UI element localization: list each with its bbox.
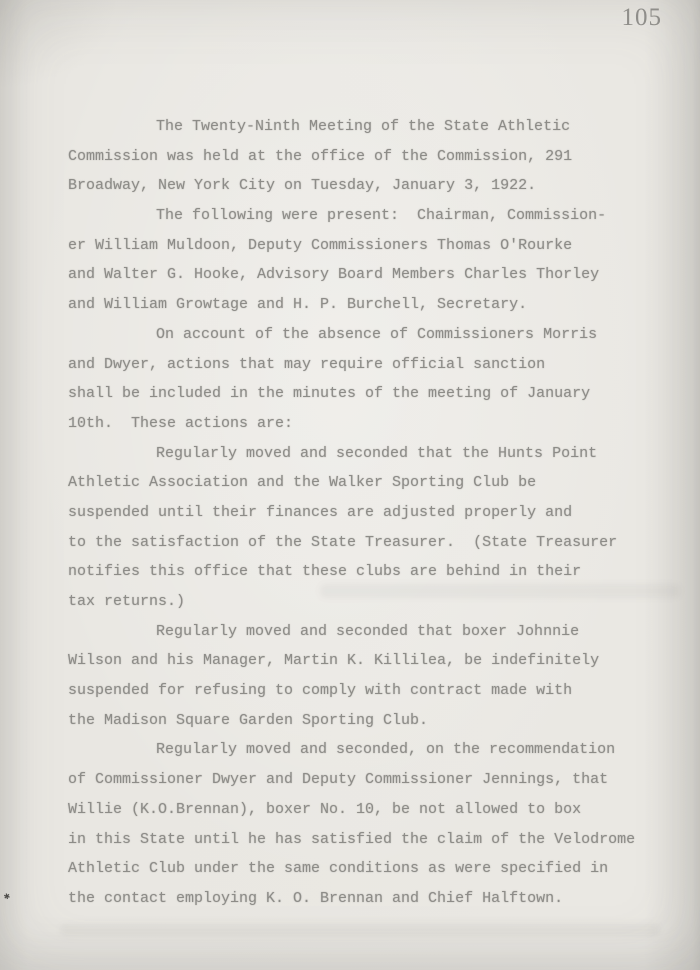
paragraph-boxer-suspension: Regularly moved and seconded that boxer … [68, 617, 668, 736]
text-line: Athletic Club under the same conditions … [68, 854, 668, 884]
paragraph-attendees: The following were present: Chairman, Co… [68, 201, 668, 320]
document-page: 105 The Twenty-Ninth Meeting of the Stat… [0, 0, 700, 970]
paper-shade-corner [0, 0, 120, 90]
margin-pen-mark: ✱ [3, 891, 11, 904]
text-line: Willie (K.O.Brennan), boxer No. 10, be n… [68, 795, 668, 825]
text-line: and William Growtage and H. P. Burchell,… [68, 290, 668, 320]
text-line: of Commissioner Dwyer and Deputy Commiss… [68, 765, 668, 795]
text-line: Regularly moved and seconded that boxer … [68, 617, 668, 647]
text-line: Wilson and his Manager, Martin K. Killil… [68, 646, 668, 676]
paragraph-meeting-header: The Twenty-Ninth Meeting of the State At… [68, 112, 668, 201]
paragraph-absence-note: On account of the absence of Commissione… [68, 320, 668, 439]
text-line: notifies this office that these clubs ar… [68, 557, 668, 587]
text-line: suspended until their finances are adjus… [68, 498, 668, 528]
text-line: suspended for refusing to comply with co… [68, 676, 668, 706]
text-line: the Madison Square Garden Sporting Club. [68, 706, 668, 736]
text-line: the contact employing K. O. Brennan and … [68, 884, 668, 914]
paper-shade-band [60, 924, 660, 936]
text-line: Athletic Association and the Walker Spor… [68, 468, 668, 498]
text-line: Broadway, New York City on Tuesday, Janu… [68, 171, 668, 201]
text-line: tax returns.) [68, 587, 668, 617]
text-line: On account of the absence of Commissione… [68, 320, 668, 350]
text-line: The Twenty-Ninth Meeting of the State At… [68, 112, 668, 142]
text-line: shall be included in the minutes of the … [68, 379, 668, 409]
paragraph-brennan-ruling: Regularly moved and seconded, on the rec… [68, 735, 668, 913]
paragraph-clubs-suspension: Regularly moved and seconded that the Hu… [68, 439, 668, 617]
text-line: Regularly moved and seconded that the Hu… [68, 439, 668, 469]
text-line: and Walter G. Hooke, Advisory Board Memb… [68, 260, 668, 290]
text-block: The Twenty-Ninth Meeting of the State At… [68, 112, 668, 914]
text-line: The following were present: Chairman, Co… [68, 201, 668, 231]
text-line: in this State until he has satisfied the… [68, 825, 668, 855]
text-line: 10th. These actions are: [68, 409, 668, 439]
text-line: Regularly moved and seconded, on the rec… [68, 735, 668, 765]
page-number: 105 [622, 4, 663, 32]
text-line: to the satisfaction of the State Treasur… [68, 528, 668, 558]
text-line: Commission was held at the office of the… [68, 142, 668, 172]
text-line: er William Muldoon, Deputy Commissioners… [68, 231, 668, 261]
text-line: and Dwyer, actions that may require offi… [68, 350, 668, 380]
